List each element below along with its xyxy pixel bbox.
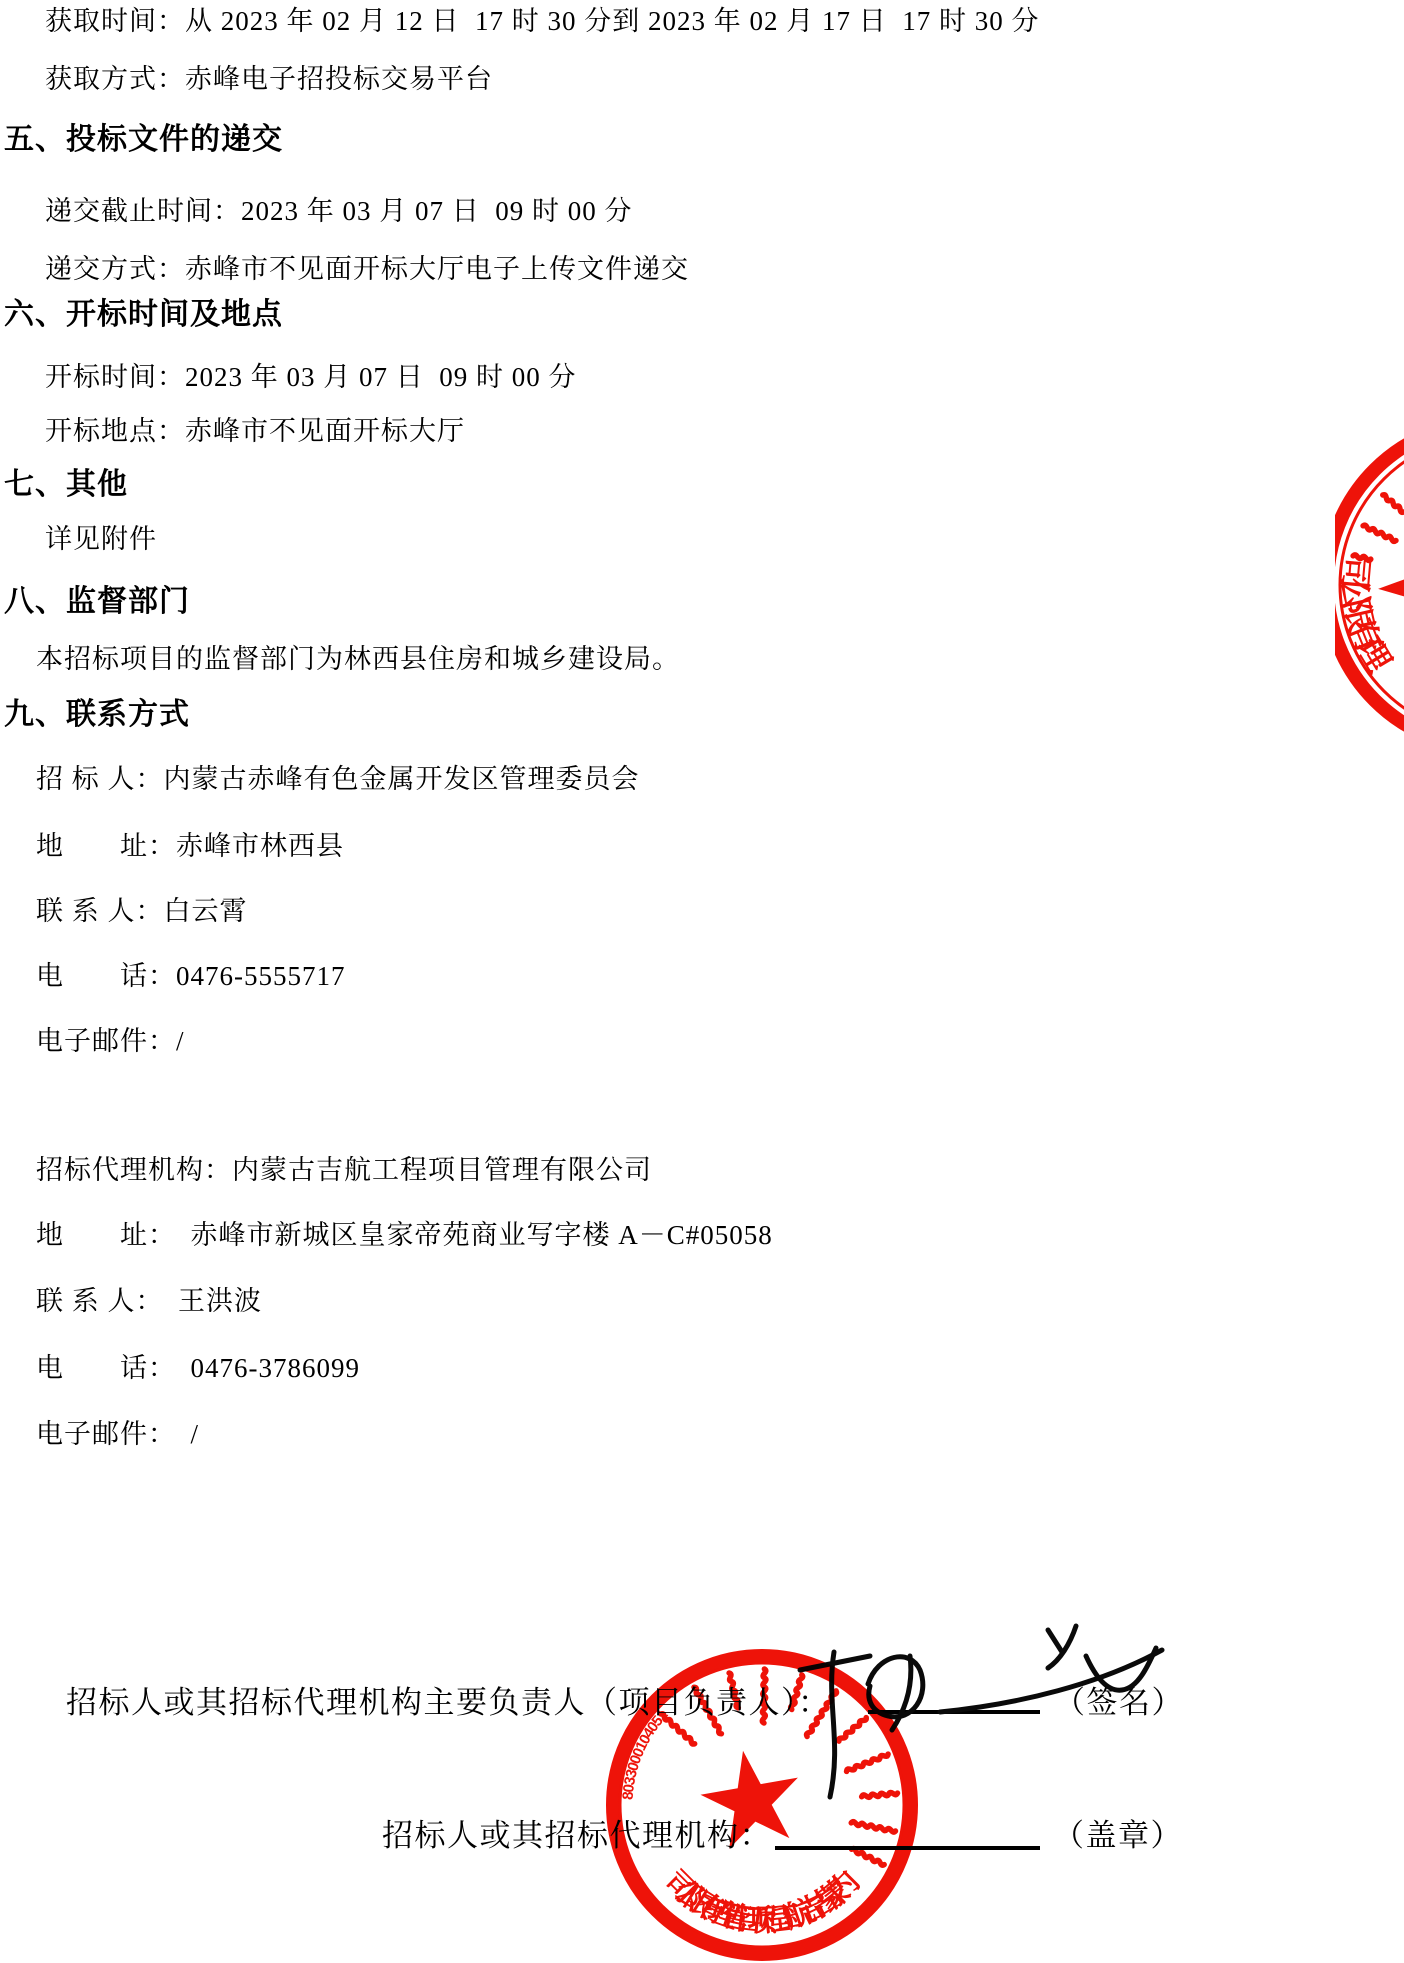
doc-line: 本招标项目的监督部门为林西县住房和城乡建设局。 — [36, 644, 680, 675]
mongolian-script-mark — [838, 1717, 867, 1742]
mongolian-script-mark — [660, 1713, 695, 1745]
mongolian-script-mark — [806, 1690, 838, 1737]
section-heading: 九、联系方式 — [4, 698, 190, 733]
mongolian-script-mark — [1363, 524, 1397, 542]
mongolian-script-mark — [790, 1675, 803, 1710]
mongolian-script-mark — [728, 1673, 740, 1709]
section-heading: 六、开标时间及地点 — [4, 298, 283, 333]
section-heading: 七、其他 — [4, 468, 128, 503]
seal-code: 8 — [620, 1791, 638, 1801]
doc-line: 开标时间：2023 年 03 月 07 日 09 时 00 分 — [45, 362, 577, 393]
mongolian-script-mark — [693, 1686, 723, 1734]
doc-line: 地 址：赤峰市林西县 — [36, 831, 344, 862]
doc-line: 联 系 人：白云霄 — [36, 896, 248, 927]
doc-line: 电 话：0476-5555717 — [36, 961, 346, 992]
mongolian-script-mark — [1382, 494, 1404, 525]
doc-line: 联 系 人： 王洪波 — [36, 1286, 262, 1317]
doc-line: 递交方式：赤峰市不见面开标大厅电子上传文件递交 — [45, 254, 689, 285]
mongolian-script-mark — [762, 1669, 766, 1723]
doc-line: 电 话： 0476-3786099 — [36, 1353, 360, 1384]
mongolian-script-mark — [862, 1792, 898, 1798]
section-heading: 五、投标文件的递交 — [4, 123, 283, 158]
mongolian-script-mark — [846, 1753, 889, 1773]
company-seal-stamp: 内蒙古吉航工程项目管理有限公司1504010003308 — [592, 1640, 937, 1963]
partial-seal-stamp: 理有限公司 — [1335, 408, 1404, 762]
doc-line: 详见附件 — [45, 524, 157, 555]
doc-line: 电子邮件：/ — [36, 1026, 185, 1057]
seal-suffix-label: （盖章） — [1053, 1810, 1183, 1855]
doc-line: 招 标 人：内蒙古赤峰有色金属开发区管理委员会 — [36, 764, 640, 795]
doc-line: 开标地点：赤峰市不见面开标大厅 — [45, 416, 465, 447]
document-page: 获取时间：从 2023 年 02 月 12 日 17 时 30 分到 2023 … — [0, 0, 1404, 1963]
doc-line: 获取时间：从 2023 年 02 月 12 日 17 时 30 分到 2023 … — [45, 6, 1040, 37]
doc-line: 地 址： 赤峰市新城区皇家帝苑商业写字楼 A－C#05058 — [36, 1220, 773, 1251]
mongolian-script-mark — [851, 1821, 896, 1832]
doc-line: 招标代理机构：内蒙古吉航工程项目管理有限公司 — [36, 1155, 652, 1186]
doc-line: 获取方式：赤峰电子招投标交易平台 — [45, 64, 493, 95]
mongolian-script-mark — [851, 1848, 885, 1866]
doc-line: 电子邮件： / — [36, 1419, 199, 1450]
star-icon — [701, 1751, 798, 1849]
doc-line: 递交截止时间：2023 年 03 月 07 日 09 时 00 分 — [45, 196, 633, 227]
section-heading: 八、监督部门 — [4, 585, 190, 620]
